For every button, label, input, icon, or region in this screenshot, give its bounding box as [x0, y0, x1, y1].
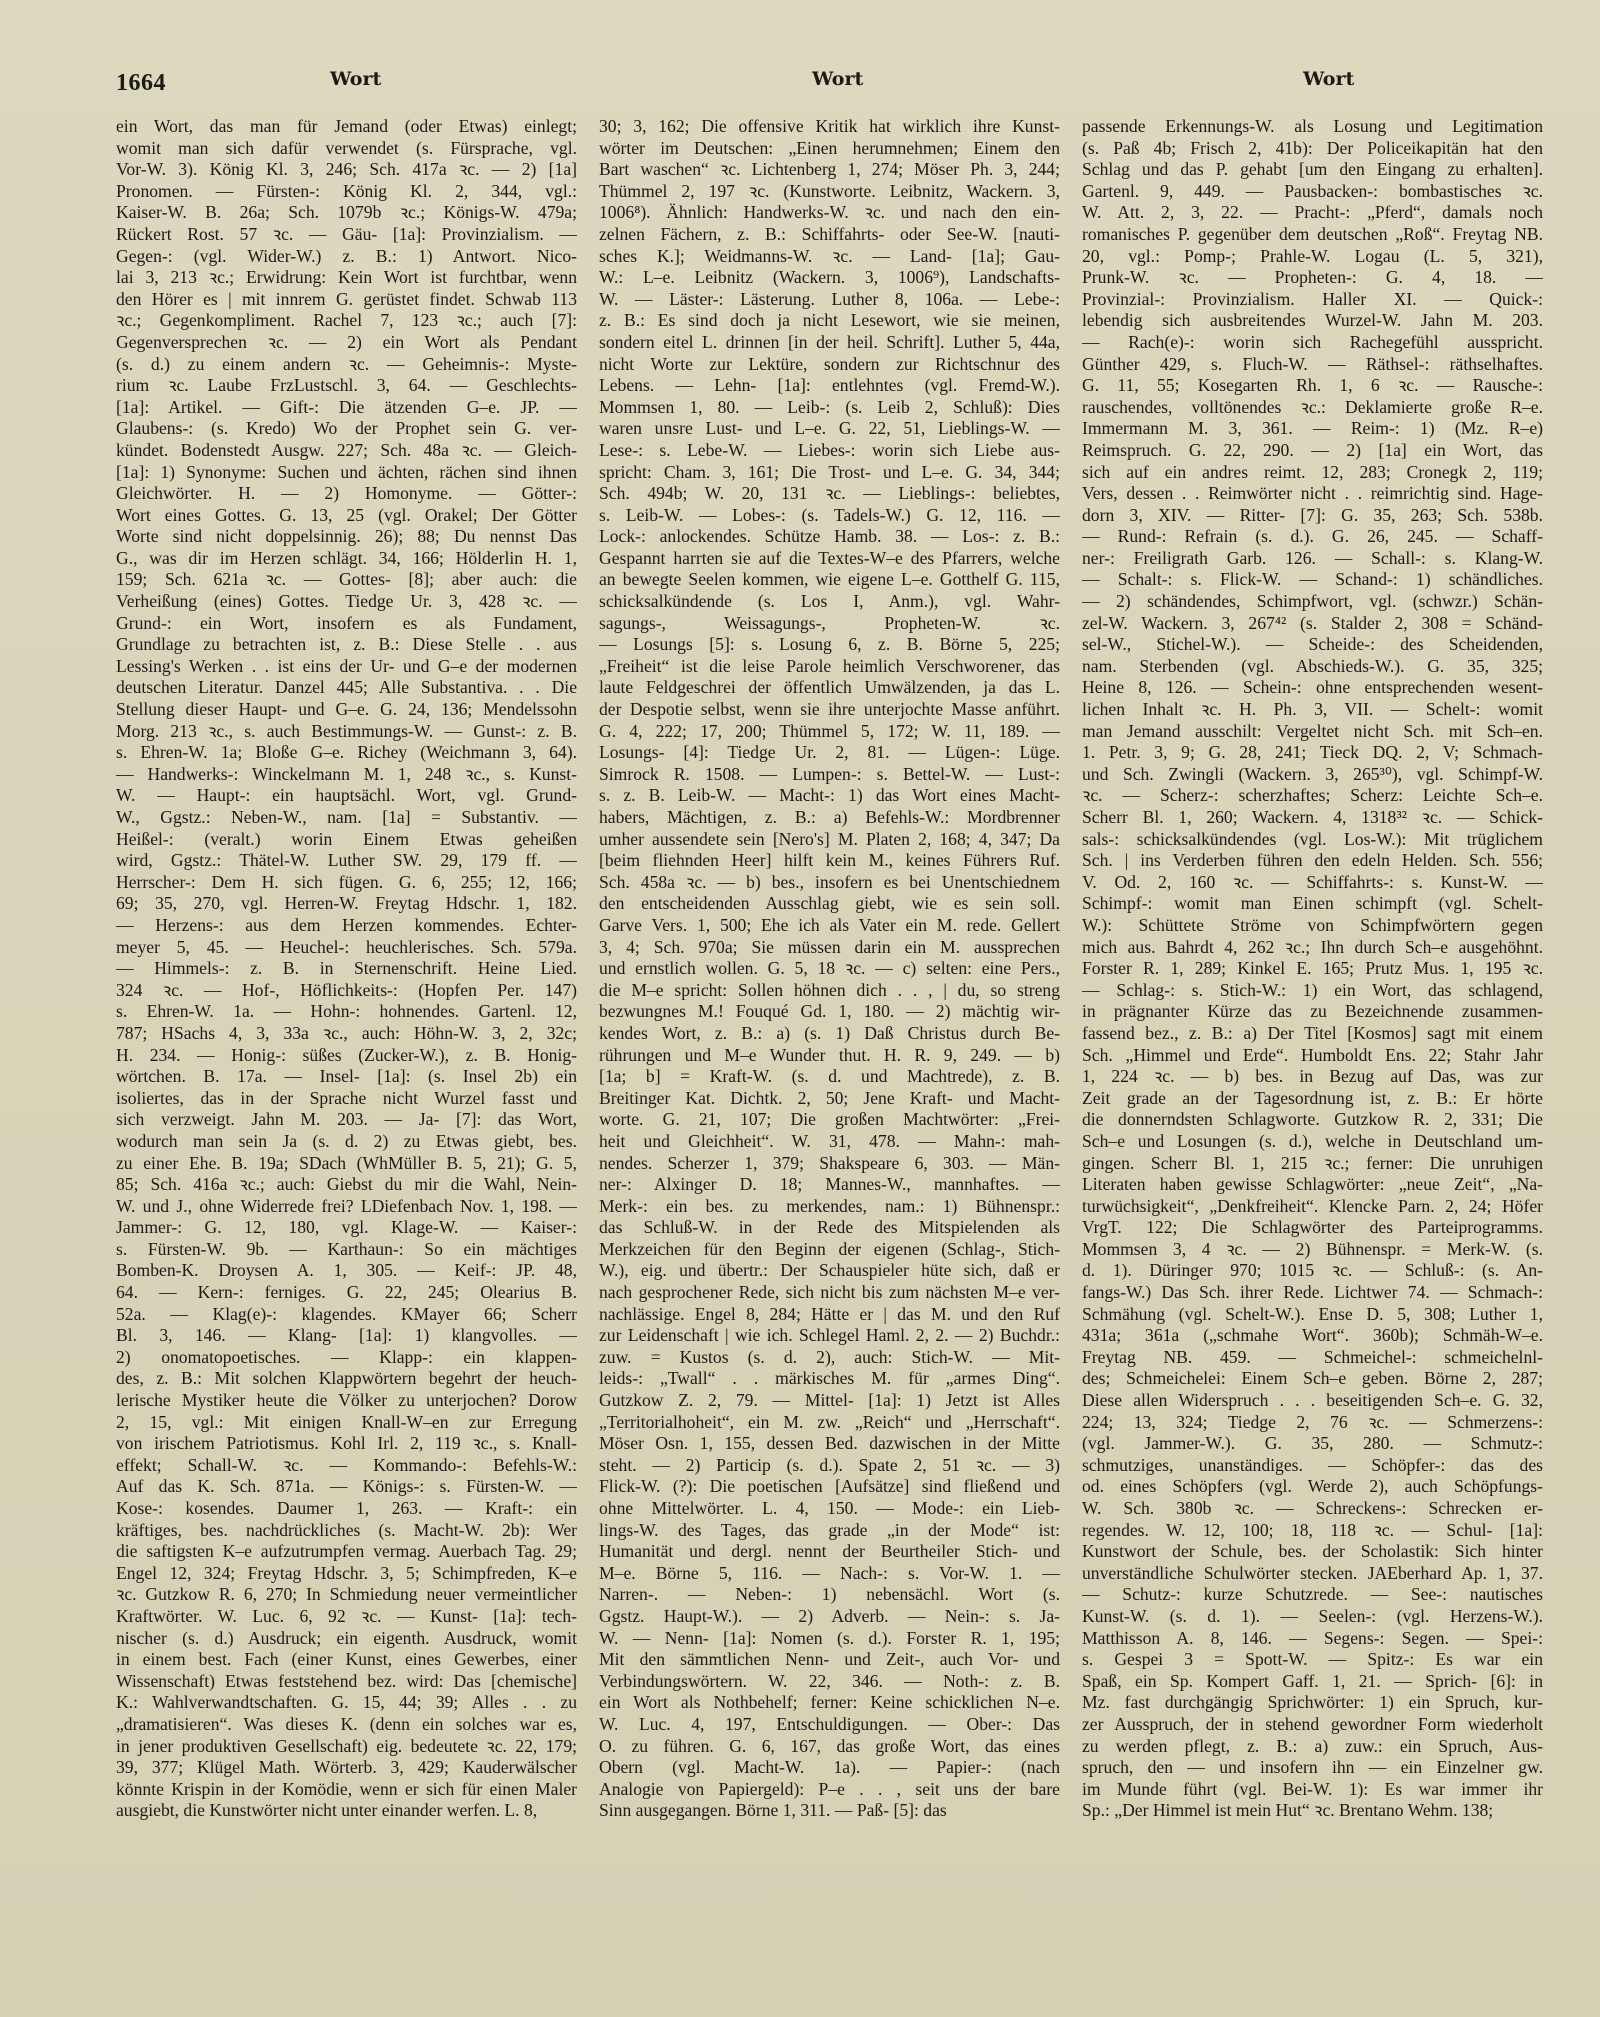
text-line: sich verzweigt. Jahn M. 203. — Ja- [7]: … [116, 1109, 577, 1131]
text-line: in einem best. Fach (einer Kunst, eines … [116, 1649, 577, 1671]
text-line: sondern eitel L. drinnen [in der heil. S… [599, 332, 1060, 354]
text-line: Scherr Bl. 1, 260; Wackern. 4, 1318³² ꝛc… [1082, 807, 1543, 829]
text-line: W.): Schüttete Ströme von Schimpfwörtern… [1082, 915, 1543, 937]
text-line: ein Wort, das man für Jemand (oder Etwas… [116, 116, 577, 138]
text-line: wodurch man sein Ja (s. d. 2) zu Etwas g… [116, 1131, 577, 1153]
text-line: Matthisson A. 8, 146. — Segens-: Segen. … [1082, 1628, 1543, 1650]
text-line: Analogie von Papiergeld): P–e . . , seit… [599, 1779, 1060, 1801]
text-line: wörter im Deutschen: „Einen herumnehmen;… [599, 138, 1060, 160]
text-line: W. — Läster-: Lästerung. Luther 8, 106a.… [599, 289, 1060, 311]
text-line: zur Leidenschaft | wie ich. Schlegel Ham… [599, 1325, 1060, 1347]
text-line: lichen Inhalt ꝛc. H. Ph. 3, VII. — Schel… [1082, 699, 1543, 721]
text-line: d. 1). Düringer 970; 1015 ꝛc. — Schluß-:… [1082, 1260, 1543, 1282]
text-line: die saftigsten K–e aufzutrumpfen vermag.… [116, 1541, 577, 1563]
text-line: ꝛc.; Gegenkompliment. Rachel 7, 123 ꝛc.;… [116, 310, 577, 332]
text-line: [1a]: Artikel. — Gift-: Die ätzenden G–e… [116, 397, 577, 419]
text-line: Sch. 494b; W. 20, 131 ꝛc. — Lieblings-: … [599, 483, 1060, 505]
text-line: nischer (s. d.) Ausdruck; ein eigenth. A… [116, 1628, 577, 1650]
text-line: isoliertes, das in der Sprache nicht Wur… [116, 1088, 577, 1110]
text-line: Vers, dessen . . Reimwörter nicht . . re… [1082, 483, 1543, 505]
text-line: womit man sich dafür verwendet (s. Fürsp… [116, 138, 577, 160]
text-line: in jener produktiven Gesellschaft) eig. … [116, 1736, 577, 1758]
text-line: man Jemand ausschilt: Vergeltet nicht Sc… [1082, 721, 1543, 743]
text-line: s. Ehren-W. 1a. — Hohn-: hohnendes. Gart… [116, 1001, 577, 1023]
text-line: steht. — 2) Particip (s. d.). Spate 2, 5… [599, 1455, 1060, 1477]
text-line: Gleichwörter. H. — 2) Homonyme. — Götter… [116, 483, 577, 505]
text-line: W., Ggstz.: Neben-W., nam. [1a] = Substa… [116, 807, 577, 829]
text-line: kendes Wort, z. B.: a) (s. 1) Daß Christ… [599, 1023, 1060, 1045]
text-line: passende Erkennungs-W. als Losung und Le… [1082, 116, 1543, 138]
text-line: Immermann M. 3, 361. — Reim-: 1) (Mz. R–… [1082, 418, 1543, 440]
text-line: Kose-: kosendes. Daumer 1, 263. — Kraft-… [116, 1498, 577, 1520]
text-line: Mommsen 1, 80. — Leib-: (s. Leib 2, Schl… [599, 397, 1060, 419]
text-line: Worte sind nicht doppelsinnig. 26); 88; … [116, 526, 577, 548]
text-line: 224; 13, 324; Tiedge 2, 76 ꝛc. — Schmerz… [1082, 1412, 1543, 1434]
text-line: W. — Nenn- [1a]: Nomen (s. d.). Forster … [599, 1628, 1060, 1650]
text-line: heit und Gleichheit“. W. 31, 478. — Mahn… [599, 1131, 1060, 1153]
text-line: Prunk-W. ꝛc. — Propheten-: G. 4, 18. — [1082, 267, 1543, 289]
text-line: sches K.]; Weidmanns-W. ꝛc. — Land- [1a]… [599, 246, 1060, 268]
text-line: Bomben-K. Droysen A. 1, 305. — Keif-: JP… [116, 1260, 577, 1282]
text-line: 324 ꝛc. — Hof-, Höflichkeits-: (Hopfen P… [116, 980, 577, 1002]
text-line: Wissenschaft) Etwas feststehend bez. wir… [116, 1671, 577, 1693]
text-line: Auf das K. Sch. 871a. — Königs-: s. Fürs… [116, 1476, 577, 1498]
text-line: romanisches P. gegenüber dem deutschen „… [1082, 224, 1543, 246]
text-line: Engel 12, 324; Freytag Hdschr. 3, 5; Sch… [116, 1563, 577, 1585]
text-line: Freytag NB. 459. — Schmeichel-: schmeich… [1082, 1347, 1543, 1369]
text-line: od. eines Schöpfers (vgl. Werde 2), auch… [1082, 1476, 1543, 1498]
text-line: meyer 5, 45. — Heuchel-: heuchlerisches.… [116, 937, 577, 959]
page-header: 1664 Wort Wort Wort [0, 68, 1600, 102]
text-line: Spaß, ein Sp. Kompert Gaff. 1, 21. — Spr… [1082, 1671, 1543, 1693]
text-line: sich auf ein andres reimt. 12, 283; Cron… [1082, 462, 1543, 484]
text-line: V. Od. 2, 160 ꝛc. — Schiffahrts-: s. Kun… [1082, 872, 1543, 894]
text-line: Garve Vers. 1, 500; Ehe ich als Vater ei… [599, 915, 1060, 937]
text-line: 159; Sch. 621a ꝛc. — Gottes- [8]; aber a… [116, 569, 577, 591]
text-line: ohne Mittelwörter. L. 4, 150. — Mode-: e… [599, 1498, 1060, 1520]
text-line: H. 234. — Honig-: süßes (Zucker-W.), z. … [116, 1045, 577, 1067]
text-line: — Schlag-: s. Stich-W.: 1) ein Wort, das… [1082, 980, 1543, 1002]
text-line: Günther 429, s. Fluch-W. — Räthsel-: rät… [1082, 354, 1543, 376]
text-line: Schmähung (vgl. Schelt-W.). Ense D. 5, 3… [1082, 1304, 1543, 1326]
text-line: den Hörer es | mit innrem G. gerüstet fi… [116, 289, 577, 311]
text-line: wird, Ggstz.: Thätel-W. Luther SW. 29, 1… [116, 850, 577, 872]
text-line: W.), eig. und übertr.: Der Schauspieler … [599, 1260, 1060, 1282]
text-line: zuw. = Kustos (s. d. 2), auch: Stich-W. … [599, 1347, 1060, 1369]
text-line: Obern (vgl. Macht-W. 1a). — Papier-: (na… [599, 1757, 1060, 1779]
text-line: „dramatisieren“. Was dieses K. (denn ein… [116, 1714, 577, 1736]
text-line: [1a]: 1) Synonyme: Suchen und ächten, rä… [116, 462, 577, 484]
text-line: [beim fliehnden Heer] hilft kein M., kei… [599, 850, 1060, 872]
text-line: Provinzial-: Provinzialism. Haller XI. —… [1082, 289, 1543, 311]
text-line: Reimspruch. G. 22, 290. — 2) [1a] ein Wo… [1082, 440, 1543, 462]
text-line: Gegenversprechen ꝛc. — 2) ein Wort als P… [116, 332, 577, 354]
text-line: Thümmel 2, 197 ꝛc. (Kunstworte. Leibnitz… [599, 181, 1060, 203]
text-line: Wort eines Gottes. G. 13, 25 (vgl. Orake… [116, 505, 577, 527]
text-line: W. Att. 2, 3, 22. — Pracht-: „Pferd“, da… [1082, 202, 1543, 224]
text-line: G. 11, 55; Kosegarten Rh. 1, 6 ꝛc. — Rau… [1082, 375, 1543, 397]
text-line: umher aussendete sein [Nero's] M. Platen… [599, 829, 1060, 851]
text-line: Lese-: s. Lebe-W. — Liebes-: worin sich … [599, 440, 1060, 462]
text-line: M–e. Börne 5, 116. — Nach-: s. Vor-W. 1.… [599, 1563, 1060, 1585]
text-line: spruch, den — und insofern ihn — ein Ein… [1082, 1757, 1543, 1779]
text-line: dorn 3, XIV. — Ritter- [7]: G. 35, 263; … [1082, 505, 1543, 527]
text-line: 39, 377; Klügel Math. Wörterb. 3, 429; K… [116, 1757, 577, 1779]
text-line: — Losungs [5]: s. Losung 6, z. B. Börne … [599, 634, 1060, 656]
text-line: W. — Haupt-: ein hauptsächl. Wort, vgl. … [116, 785, 577, 807]
running-head-right: Wort [1303, 68, 1354, 90]
text-line: spricht: Cham. 3, 161; Die Trost- und L–… [599, 462, 1060, 484]
text-line: Simrock R. 1508. — Lumpen-: s. Bettel-W.… [599, 764, 1060, 786]
text-line: 52a. — Klag(e)-: klagendes. KMayer 66; S… [116, 1304, 577, 1326]
text-line: — Rach(e)-: worin sich Rachegefühl aussp… [1082, 332, 1543, 354]
text-line: Gartenl. 9, 449. — Pausbacken-: bombasti… [1082, 181, 1543, 203]
text-line: deutschen Literatur. Danzel 445; Alle Su… [116, 677, 577, 699]
text-line: Mz. fast durchgängig Sprichwörter: 1) ei… [1082, 1692, 1543, 1714]
text-line: (s. d.) zu einem andern ꝛc. — Geheimnis-… [116, 354, 577, 376]
text-line: Möser Osn. 1, 155, dessen Bed. dazwische… [599, 1433, 1060, 1455]
text-line: Glaubens-: (s. Kredo) Wo der Prophet sei… [116, 418, 577, 440]
text-line: des; Schmeichelei: Einem Sch–e geben. Bö… [1082, 1368, 1543, 1390]
text-line: 787; HSachs 4, 3, 33a ꝛc., auch: Höhn-W.… [116, 1023, 577, 1045]
page-number: 1664 [116, 70, 166, 97]
text-line: Kunstwort der Schule, bes. der Scholasti… [1082, 1541, 1543, 1563]
text-line: 30; 3, 162; Die offensive Kritik hat wir… [599, 116, 1060, 138]
text-line: z. B.: Es sind doch ja nicht Lesewort, w… [599, 310, 1060, 332]
text-line: Heißel-: (veralt.) worin Einem Etwas geh… [116, 829, 577, 851]
text-line: Schimpf-: womit man Einen schimpft (vgl.… [1082, 893, 1543, 915]
text-line: Zeit grade an der Tagesordnung ist, z. B… [1082, 1088, 1543, 1110]
text-line: — 2) schändendes, Schimpfwort, vgl. (sch… [1082, 591, 1543, 613]
text-line: — Himmels-: z. B. in Sternenschrift. Hei… [116, 958, 577, 980]
text-line: — Handwerks-: Winckelmann M. 1, 248 ꝛc.,… [116, 764, 577, 786]
text-line: Jammer-: G. 12, 180, vgl. Klage-W. — Kai… [116, 1217, 577, 1239]
text-line: Mit den sämmtlichen Nenn- und Zeit-, auc… [599, 1649, 1060, 1671]
text-line: G. 4, 222; 17, 200; Thümmel 5, 172; W. 1… [599, 721, 1060, 743]
text-line: O. zu führen. G. 6, 167, das große Wort,… [599, 1736, 1060, 1758]
text-line: ꝛc. Gutzkow R. 6, 270; In Schmiedung neu… [116, 1584, 577, 1606]
text-line: Humanität und dergl. nennt der Beurtheil… [599, 1541, 1060, 1563]
text-line: regendes. W. 12, 100; 18, 118 ꝛc. — Schu… [1082, 1520, 1543, 1542]
text-line: K.: Wahlverwandtschaften. G. 15, 44; 39;… [116, 1692, 577, 1714]
text-line: „Freiheit“ ist die leise Parole heimlich… [599, 656, 1060, 678]
text-line: (vgl. Jammer-W.). G. 35, 280. — Schmutz-… [1082, 1433, 1543, 1455]
text-line: 85; Sch. 416a ꝛc.; auch: Giebst du mir d… [116, 1174, 577, 1196]
running-head-center: Wort [812, 68, 863, 90]
text-line: rührungen und M–e Wunder thut. H. R. 9, … [599, 1045, 1060, 1067]
text-line: wörtchen. B. 17a. — Insel- [1a]: (s. Ins… [116, 1066, 577, 1088]
text-line: nendes. Scherzer 1, 379; Shakspeare 6, 3… [599, 1153, 1060, 1175]
text-line: nicht Worte zur Lektüre, sondern zur Ric… [599, 354, 1060, 376]
text-line: s. Leib-W. — Lobes-: (s. Tadels-W.) G. 1… [599, 505, 1060, 527]
text-line: 20, vgl.: Pomp-; Prahle-W. Logau (L. 5, … [1082, 246, 1543, 268]
text-line: von irischem Patriotismus. Kohl Irl. 2, … [116, 1433, 577, 1455]
text-line: G., was dir im Herzen schlägt. 34, 166; … [116, 548, 577, 570]
text-line: zu werden pflegt, z. B.: a) zuw.: ein Sp… [1082, 1736, 1543, 1758]
text-line: Verbindungswörtern. W. 22, 346. — Noth-:… [599, 1671, 1060, 1693]
text-line: Vor-W. 3). König Kl. 3, 246; Sch. 417a ꝛ… [116, 159, 577, 181]
column-left: ein Wort, das man für Jemand (oder Etwas… [116, 116, 577, 1822]
text-line: Stellung dieser Haupt- und G–e. G. 24, 1… [116, 699, 577, 721]
text-line: ein Wort als Nothbehelf; ferner: Keine s… [599, 1692, 1060, 1714]
text-line: leids-: „Twall“ . . märkisches M. für „a… [599, 1368, 1060, 1390]
text-line: fangs-W.) Das Sch. ihrer Rede. Lichtwer … [1082, 1282, 1543, 1304]
text-line: Narren-. — Neben-: 1) nebensächl. Wort (… [599, 1584, 1060, 1606]
text-line: die donnerndsten Schlagworte. Gutzkow R.… [1082, 1109, 1543, 1131]
text-line: laute Feldgeschrei der öffentlich Umwälz… [599, 677, 1060, 699]
text-line: rauschendes, volltönendes ꝛc.: Deklamier… [1082, 397, 1543, 419]
text-line: schmutziges, unanständiges. — Schöpfer-:… [1082, 1455, 1543, 1477]
text-line: fassend bez., z. B.: a) Der Titel [Kosmo… [1082, 1023, 1543, 1045]
text-line: und Sch. Zwingli (Wackern. 3, 265³⁰), vg… [1082, 764, 1543, 786]
text-line: Herrscher-: Dem H. sich fügen. G. 6, 255… [116, 872, 577, 894]
text-line: Grundlage zu betrachten ist, z. B.: Dies… [116, 634, 577, 656]
text-line: sals-: schicksalkündendes (vgl. Los-W.):… [1082, 829, 1543, 851]
text-line: Gegen-: (vgl. Wider-W.) z. B.: 1) Antwor… [116, 246, 577, 268]
text-line: lerische Mystiker heute die Völker zu un… [116, 1390, 577, 1412]
text-line: s. Gespei 3 = Spott-W. — Spitz-: Es war … [1082, 1649, 1543, 1671]
text-line: ausgiebt, die Kunstwörter nicht unter ei… [116, 1800, 577, 1822]
text-line: nach gesprochener Rede, sich nicht bis z… [599, 1282, 1060, 1304]
text-line: kräftiges, bes. nachdrückliches (s. Mach… [116, 1520, 577, 1542]
text-line: die M–e spricht: Sollen höhnen dich . . … [599, 980, 1060, 1002]
text-line: sagungs-, Weissagungs-, Propheten-W. ꝛc. [599, 613, 1060, 635]
text-line: Gutzkow Z. 2, 79. — Mittel- [1a]: 1) Jet… [599, 1390, 1060, 1412]
text-line: Diese allen Widerspruch . . . beseitigen… [1082, 1390, 1543, 1412]
text-line: und ernstlich wollen. G. 5, 18 ꝛc. — c) … [599, 958, 1060, 980]
text-line: der Despotie selbst, wenn sie ihre unter… [599, 699, 1060, 721]
text-line: Gespannt harrten sie auf die Textes-W–e … [599, 548, 1060, 570]
text-line: Verheißung (eines) Gottes. Tiedge Ur. 3,… [116, 591, 577, 613]
text-line: Schlag und das P. gehabt [um den Eingang… [1082, 159, 1543, 181]
text-line: kündet. Bodenstedt Ausgw. 227; Sch. 48a … [116, 440, 577, 462]
text-line: sel-W., Stichel-W.). — Scheide-: des Sch… [1082, 634, 1543, 656]
text-line: unverständliche Schulwörter stecken. JAE… [1082, 1563, 1543, 1585]
text-line: 3, 4; Sch. 970a; Sie müssen darin ein M.… [599, 937, 1060, 959]
text-line: worte. G. 21, 107; Die großen Machtwörte… [599, 1109, 1060, 1131]
text-line: Grund-: ein Wort, insofern es als Fundam… [116, 613, 577, 635]
text-line: Heine 8, 126. — Schein-: ohne entspreche… [1082, 677, 1543, 699]
text-line: — Herzens-: aus dem Herzen kommendes. Ec… [116, 915, 577, 937]
text-line: an bewegte Seelen kommen, wie eigene L–e… [599, 569, 1060, 591]
text-line: — Schutz-: kurze Schutzrede. — See-: nau… [1082, 1584, 1543, 1606]
text-line: Rückert Rost. 57 ꝛc. — Gäu- [1a]: Provin… [116, 224, 577, 246]
text-line: Lessing's Werken . . ist eins der Ur- un… [116, 656, 577, 678]
text-line: lai 3, 213 ꝛc.; Erwidrung: Kein Wort ist… [116, 267, 577, 289]
text-line: Sch–e und Losungen (s. d.), welche in De… [1082, 1131, 1543, 1153]
text-line: Losungs- [4]: Tiedge Ur. 2, 81. — Lügen-… [599, 742, 1060, 764]
text-line: bezwungnes M.! Fouqué Gd. 1, 180. — 2) m… [599, 1001, 1060, 1023]
text-line: könnte Krispin in der Komödie, wenn er s… [116, 1779, 577, 1801]
text-line: zer Ausspruch, der in stehend gewordner … [1082, 1714, 1543, 1736]
text-line: Sinn ausgegangen. Börne 1, 311. — Paß- [… [599, 1800, 1060, 1822]
text-line: Bart waschen“ ꝛc. Lichtenberg 1, 274; Mö… [599, 159, 1060, 181]
text-line: W. Luc. 4, 197, Entschuldigungen. — Ober… [599, 1714, 1060, 1736]
text-line: rium ꝛc. Laube FrzLustschl. 3, 64. — Ges… [116, 375, 577, 397]
text-line: gingen. Scherr Bl. 1, 215 ꝛc.; ferner: D… [1082, 1153, 1543, 1175]
text-line: in prägnanter Kürze das zu Bezeichnende … [1082, 1001, 1543, 1023]
text-line: Ggstz. Haupt-W.). — 2) Adverb. — Nein-: … [599, 1606, 1060, 1628]
text-line: 1006⁸). Ähnlich: Handwerks-W. ꝛc. und na… [599, 202, 1060, 224]
text-line: — Schalt-: s. Flick-W. — Schand-: 1) sch… [1082, 569, 1543, 591]
text-line: Merk-: ein bes. zu merkendes, nam.: 1) B… [599, 1196, 1060, 1218]
text-line: das Schluß-W. in der Rede des Mitspielen… [599, 1217, 1060, 1239]
text-line: Lebens. — Lehn- [1a]: entlehntes (vgl. F… [599, 375, 1060, 397]
text-line: Flick-W. (?): Die poetischen [Aufsätze] … [599, 1476, 1060, 1498]
text-line: 64. — Kern-: ferniges. G. 22, 245; Olear… [116, 1282, 577, 1304]
text-line: Sch. 458a ꝛc. — b) bes., insofern es bei… [599, 872, 1060, 894]
text-line: Kaiser-W. B. 26a; Sch. 1079b ꝛc.; Königs… [116, 202, 577, 224]
text-line: Forster R. 1, 289; Kinkel E. 165; Prutz … [1082, 958, 1543, 980]
text-line: ꝛc. — Scherz-: scherzhaftes; Scherz: Lei… [1082, 785, 1543, 807]
text-line: Sp.: „Der Himmel ist mein Hut“ ꝛc. Brent… [1082, 1800, 1543, 1822]
text-line: lings-W. des Tages, das grade „in der Mo… [599, 1520, 1060, 1542]
text-line: „Territorialhoheit“, ein M. zw. „Reich“ … [599, 1412, 1060, 1434]
text-line: 431a; 361a („schmahe Wort“. 360b); Schmä… [1082, 1325, 1543, 1347]
text-line: mich aus. Bahrdt 4, 262 ꝛc.; Ihn durch S… [1082, 937, 1543, 959]
text-line: Sch. „Himmel und Erde“. Humboldt Ens. 22… [1082, 1045, 1543, 1067]
text-line: Mommsen 3, 4 ꝛc. — 2) Bühnenspr. = Merk-… [1082, 1239, 1543, 1261]
text-line: 2, 15, vgl.: Mit einigen Knall-W–en zur … [116, 1412, 577, 1434]
text-line: W.: L–e. Leibnitz (Wackern. 3, 1006⁹), L… [599, 267, 1060, 289]
text-line: Literaten haben gewisse Schlagwörter: „n… [1082, 1174, 1543, 1196]
text-line: Kunst-W. (s. d. 1). — Seelen-: (vgl. Her… [1082, 1606, 1543, 1628]
text-line: zel-W. Wackern. 3, 267⁴² (s. Stalder 2, … [1082, 613, 1543, 635]
text-line: 1, 224 ꝛc. — b) bes. in Bezug auf Das, w… [1082, 1066, 1543, 1088]
text-line: Pronomen. — Fürsten-: König Kl. 2, 344, … [116, 181, 577, 203]
text-line: W. und J., ohne Widerrede frei? LDiefenb… [116, 1196, 577, 1218]
text-line: den entscheidenden Ausschlag giebt, wie … [599, 893, 1060, 915]
text-line: Lock-: anlockendes. Schütze Hamb. 38. — … [599, 526, 1060, 548]
column-middle: 30; 3, 162; Die offensive Kritik hat wir… [599, 116, 1060, 1822]
text-line: waren unsre Lust- und L–e. G. 22, 51, Li… [599, 418, 1060, 440]
text-line: Sch. | ins Verderben führen den edeln He… [1082, 850, 1543, 872]
text-line: [1a; b] = Kraft-W. (s. d. und Machtrede)… [599, 1066, 1060, 1088]
text-line: effekt; Schall-W. ꝛc. — Kommando-: Befeh… [116, 1455, 577, 1477]
text-line: nachlässige. Engel 8, 284; Hätte er | da… [599, 1304, 1060, 1326]
text-line: — Rund-: Refrain (s. d.). G. 26, 245. — … [1082, 526, 1543, 548]
text-line: Kraftwörter. W. Luc. 6, 92 ꝛc. — Kunst- … [116, 1606, 577, 1628]
text-line: 1. Petr. 3, 9; G. 28, 241; Tieck DQ. 2, … [1082, 742, 1543, 764]
text-line: zu einer Ehe. B. 19a; SDach (WhMüller B.… [116, 1153, 577, 1175]
text-line: nam. Sterbenden (vgl. Abschieds-W.). G. … [1082, 656, 1543, 678]
text-line: W. Sch. 380b ꝛc. — Schreckens-: Schrecke… [1082, 1498, 1543, 1520]
text-line: 69; 35, 270, vgl. Herren-W. Freytag Hdsc… [116, 893, 577, 915]
text-line: 2) onomatopoetisches. — Klapp-: ein klap… [116, 1347, 577, 1369]
text-line: Morg. 213 ꝛc., s. auch Bestimmungs-W. — … [116, 721, 577, 743]
column-right: passende Erkennungs-W. als Losung und Le… [1082, 116, 1543, 1822]
text-line: s. Ehren-W. 1a; Bloße G–e. Richey (Weich… [116, 742, 577, 764]
text-line: zelnen Fächern, z. B.: Schiffahrts- oder… [599, 224, 1060, 246]
text-line: Bl. 3, 146. — Klang- [1a]: 1) klangvolle… [116, 1325, 577, 1347]
text-line: s. z. B. Leib-W. — Macht-: 1) das Wort e… [599, 785, 1060, 807]
text-line: (s. Paß 4b; Frisch 2, 41b): Der Policeik… [1082, 138, 1543, 160]
text-line: schicksalkündende (s. Los I, Anm.), vgl.… [599, 591, 1060, 613]
text-line: des, z. B.: Mit solchen Klappwörtern beg… [116, 1368, 577, 1390]
text-line: Merkzeichen für den Beginn der eigenen (… [599, 1239, 1060, 1261]
text-line: turwüchsigkeit“, „Denkfreiheit“. Klencke… [1082, 1196, 1543, 1218]
text-line: ner-: Alxinger D. 18; Mannes-W., mannhaf… [599, 1174, 1060, 1196]
text-line: VrgT. 122; Die Schlagwörter des Parteipr… [1082, 1217, 1543, 1239]
text-line: lebendig sich ausbreitendes Wurzel-W. Ja… [1082, 310, 1543, 332]
running-head-left: Wort [330, 68, 381, 90]
text-line: im Munde führt (vgl. Bei-W. 1): Es war i… [1082, 1779, 1543, 1801]
text-line: ner-: Freiligrath Garb. 126. — Schall-: … [1082, 548, 1543, 570]
text-line: habers, Mächtigen, z. B.: a) Befehls-W.:… [599, 807, 1060, 829]
text-line: s. Fürsten-W. 9b. — Karthaun-: So ein mä… [116, 1239, 577, 1261]
dictionary-columns: ein Wort, das man für Jemand (oder Etwas… [116, 116, 1544, 1822]
text-line: Breitinger Kat. Dichtk. 2, 50; Jene Kraf… [599, 1088, 1060, 1110]
